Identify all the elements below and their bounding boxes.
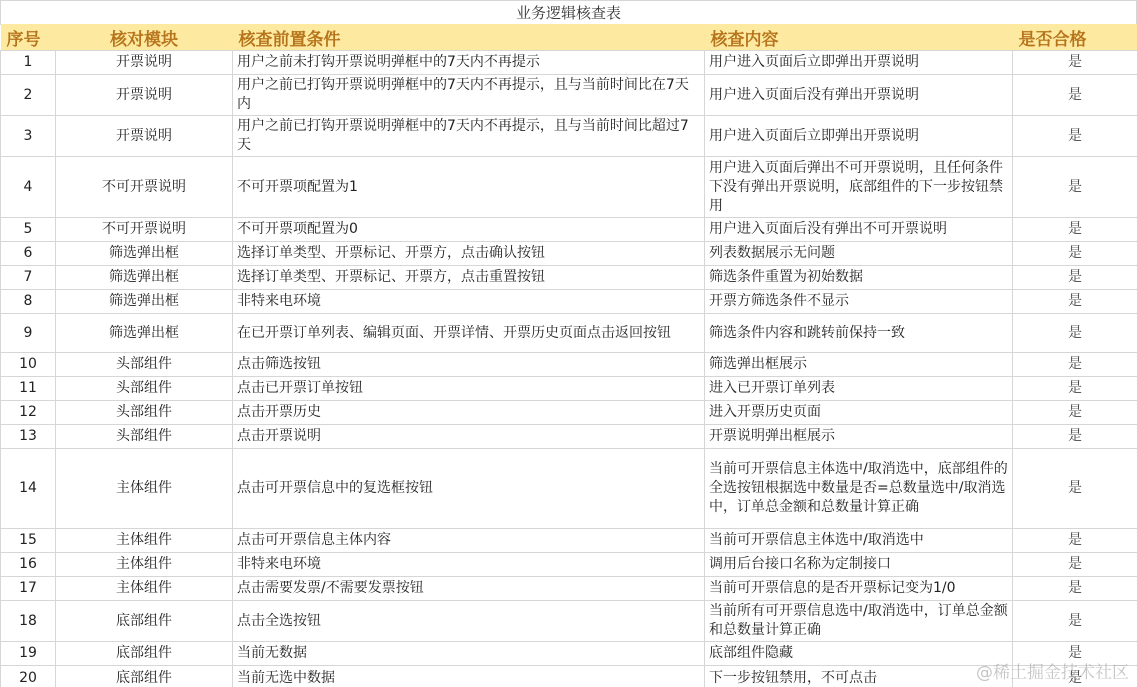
row-pass[interactable]: 是	[1013, 75, 1137, 116]
row-module[interactable]: 筛选弹出框	[56, 290, 233, 314]
table-row: 10头部组件点击筛选按钮筛选弹出框展示是	[1, 353, 1137, 377]
table-row: 3开票说明用户之前已打钩开票说明弹框中的7天内不再提示，且与当前时间比超过7天用…	[1, 116, 1137, 157]
table-body: 1开票说明用户之前未打钩开票说明弹框中的7天内不再提示用户进入页面后立即弹出开票…	[1, 51, 1137, 687]
row-content[interactable]: 当前可开票信息主体选中/取消选中	[705, 529, 1013, 553]
row-module[interactable]: 不可开票说明	[56, 218, 233, 242]
row-content[interactable]: 进入开票历史页面	[705, 401, 1013, 425]
row-precondition[interactable]: 点击开票说明	[233, 425, 705, 449]
row-number[interactable]: 20	[1, 666, 56, 687]
row-module[interactable]: 底部组件	[56, 642, 233, 666]
row-precondition[interactable]: 当前无数据	[233, 642, 705, 666]
table-row: 16主体组件非特来电环境调用后台接口名称为定制接口是	[1, 553, 1137, 577]
table-row: 6筛选弹出框选择订单类型、开票标记、开票方，点击确认按钮列表数据展示无问题是	[1, 242, 1137, 266]
row-number[interactable]: 12	[1, 401, 56, 425]
row-pass[interactable]: 是	[1013, 449, 1137, 529]
row-precondition[interactable]: 非特来电环境	[233, 290, 705, 314]
table-row: 1开票说明用户之前未打钩开票说明弹框中的7天内不再提示用户进入页面后立即弹出开票…	[1, 51, 1137, 75]
table-row: 13头部组件点击开票说明开票说明弹出框展示是	[1, 425, 1137, 449]
row-precondition[interactable]: 点击可开票信息主体内容	[233, 529, 705, 553]
row-number[interactable]: 2	[1, 75, 56, 116]
row-pass[interactable]: 是	[1013, 116, 1137, 157]
row-number[interactable]: 3	[1, 116, 56, 157]
row-content[interactable]: 用户进入页面后没有弹出不可开票说明	[705, 218, 1013, 242]
row-precondition[interactable]: 用户之前已打钩开票说明弹框中的7天内不再提示，且与当前时间比在7天内	[233, 75, 705, 116]
table-row: 8筛选弹出框非特来电环境开票方筛选条件不显示是	[1, 290, 1137, 314]
row-pass[interactable]: 是	[1013, 401, 1137, 425]
row-content[interactable]: 当前可开票信息主体选中/取消选中，底部组件的全选按钮根据选中数量是否=总数量选中…	[705, 449, 1013, 529]
row-content[interactable]: 进入已开票订单列表	[705, 377, 1013, 401]
row-pass[interactable]: 是	[1013, 218, 1137, 242]
row-precondition[interactable]: 不可开票项配置为0	[233, 218, 705, 242]
row-pass[interactable]: 是	[1013, 290, 1137, 314]
row-module[interactable]: 底部组件	[56, 666, 233, 687]
row-content[interactable]: 筛选条件重置为初始数据	[705, 266, 1013, 290]
row-precondition[interactable]: 点击可开票信息中的复选框按钮	[233, 449, 705, 529]
row-number[interactable]: 11	[1, 377, 56, 401]
row-pass[interactable]: 是	[1013, 601, 1137, 642]
row-precondition[interactable]: 点击已开票订单按钮	[233, 377, 705, 401]
table-row: 4不可开票说明不可开票项配置为1用户进入页面后弹出不可开票说明，且任何条件下没有…	[1, 157, 1137, 218]
table-title: 业务逻辑核查表	[0, 0, 1137, 25]
row-pass[interactable]: 是	[1013, 666, 1137, 687]
row-number[interactable]: 13	[1, 425, 56, 449]
row-module[interactable]: 开票说明	[56, 51, 233, 75]
row-pass[interactable]: 是	[1013, 314, 1137, 353]
row-content[interactable]: 当前所有可开票信息选中/取消选中，订单总金额和总数量计算正确	[705, 601, 1013, 642]
row-module[interactable]: 底部组件	[56, 601, 233, 642]
row-number[interactable]: 15	[1, 529, 56, 553]
row-pass[interactable]: 是	[1013, 157, 1137, 218]
row-number[interactable]: 19	[1, 642, 56, 666]
row-content[interactable]: 列表数据展示无问题	[705, 242, 1013, 266]
row-number[interactable]: 17	[1, 577, 56, 601]
header-no: 序号	[1, 24, 56, 51]
row-module[interactable]: 主体组件	[56, 577, 233, 601]
header-module: 核对模块	[56, 24, 233, 51]
row-pass[interactable]: 是	[1013, 266, 1137, 290]
spreadsheet: 业务逻辑核查表 序号 核对模块 核查前置条件 核查内容 是否合格 1开票说明用户…	[0, 0, 1137, 687]
row-module[interactable]: 头部组件	[56, 377, 233, 401]
row-module[interactable]: 不可开票说明	[56, 157, 233, 218]
row-pass[interactable]: 是	[1013, 577, 1137, 601]
row-precondition[interactable]: 点击需要发票/不需要发票按钮	[233, 577, 705, 601]
row-module[interactable]: 筛选弹出框	[56, 242, 233, 266]
row-precondition[interactable]: 不可开票项配置为1	[233, 157, 705, 218]
row-pass[interactable]: 是	[1013, 642, 1137, 666]
row-precondition[interactable]: 点击全选按钮	[233, 601, 705, 642]
row-pass[interactable]: 是	[1013, 353, 1137, 377]
table-row: 12头部组件点击开票历史进入开票历史页面是	[1, 401, 1137, 425]
row-number[interactable]: 7	[1, 266, 56, 290]
header-pass: 是否合格	[1013, 24, 1137, 51]
row-number[interactable]: 5	[1, 218, 56, 242]
row-module[interactable]: 筛选弹出框	[56, 266, 233, 290]
row-content[interactable]: 开票方筛选条件不显示	[705, 290, 1013, 314]
row-module[interactable]: 开票说明	[56, 116, 233, 157]
row-precondition[interactable]: 选择订单类型、开票标记、开票方，点击确认按钮	[233, 242, 705, 266]
row-number[interactable]: 4	[1, 157, 56, 218]
row-number[interactable]: 16	[1, 553, 56, 577]
row-content[interactable]: 当前可开票信息的是否开票标记变为1/0	[705, 577, 1013, 601]
row-number[interactable]: 1	[1, 51, 56, 75]
row-content[interactable]: 用户进入页面后立即弹出开票说明	[705, 116, 1013, 157]
row-number[interactable]: 6	[1, 242, 56, 266]
row-number[interactable]: 10	[1, 353, 56, 377]
row-pass[interactable]: 是	[1013, 553, 1137, 577]
row-precondition[interactable]: 用户之前未打钩开票说明弹框中的7天内不再提示	[233, 51, 705, 75]
row-module[interactable]: 头部组件	[56, 353, 233, 377]
row-content[interactable]: 筛选弹出框展示	[705, 353, 1013, 377]
table-row: 7筛选弹出框选择订单类型、开票标记、开票方，点击重置按钮筛选条件重置为初始数据是	[1, 266, 1137, 290]
row-content[interactable]: 开票说明弹出框展示	[705, 425, 1013, 449]
table-row: 14主体组件点击可开票信息中的复选框按钮当前可开票信息主体选中/取消选中，底部组…	[1, 449, 1137, 529]
row-module[interactable]: 开票说明	[56, 75, 233, 116]
row-module[interactable]: 主体组件	[56, 553, 233, 577]
row-precondition[interactable]: 非特来电环境	[233, 553, 705, 577]
header-content: 核查内容	[705, 24, 1013, 51]
table-row: 15主体组件点击可开票信息主体内容当前可开票信息主体选中/取消选中是	[1, 529, 1137, 553]
row-precondition[interactable]: 用户之前已打钩开票说明弹框中的7天内不再提示，且与当前时间比超过7天	[233, 116, 705, 157]
row-precondition[interactable]: 当前无选中数据	[233, 666, 705, 687]
row-precondition[interactable]: 点击筛选按钮	[233, 353, 705, 377]
row-precondition[interactable]: 在已开票订单列表、编辑页面、开票详情、开票历史页面点击返回按钮	[233, 314, 705, 353]
row-number[interactable]: 9	[1, 314, 56, 353]
row-content[interactable]: 底部组件隐藏	[705, 642, 1013, 666]
table-row: 9筛选弹出框在已开票订单列表、编辑页面、开票详情、开票历史页面点击返回按钮筛选条…	[1, 314, 1137, 353]
table-row: 5不可开票说明不可开票项配置为0用户进入页面后没有弹出不可开票说明是	[1, 218, 1137, 242]
row-content[interactable]: 用户进入页面后弹出不可开票说明，且任何条件下没有弹出开票说明，底部组件的下一步按…	[705, 157, 1013, 218]
row-content[interactable]: 用户进入页面后没有弹出开票说明	[705, 75, 1013, 116]
row-pass[interactable]: 是	[1013, 377, 1137, 401]
row-precondition[interactable]: 点击开票历史	[233, 401, 705, 425]
row-content[interactable]: 用户进入页面后立即弹出开票说明	[705, 51, 1013, 75]
check-table: 序号 核对模块 核查前置条件 核查内容 是否合格 1开票说明用户之前未打钩开票说…	[0, 24, 1137, 687]
header-row: 序号 核对模块 核查前置条件 核查内容 是否合格	[1, 24, 1137, 51]
row-module[interactable]: 头部组件	[56, 425, 233, 449]
table-row: 2开票说明用户之前已打钩开票说明弹框中的7天内不再提示，且与当前时间比在7天内用…	[1, 75, 1137, 116]
row-pass[interactable]: 是	[1013, 242, 1137, 266]
table-row: 20底部组件当前无选中数据下一步按钮禁用，不可点击是	[1, 666, 1137, 687]
row-content[interactable]: 筛选条件内容和跳转前保持一致	[705, 314, 1013, 353]
row-number[interactable]: 8	[1, 290, 56, 314]
row-module[interactable]: 主体组件	[56, 449, 233, 529]
header-precondition: 核查前置条件	[233, 24, 705, 51]
row-module[interactable]: 筛选弹出框	[56, 314, 233, 353]
row-pass[interactable]: 是	[1013, 425, 1137, 449]
row-content[interactable]: 调用后台接口名称为定制接口	[705, 553, 1013, 577]
table-row: 18底部组件点击全选按钮当前所有可开票信息选中/取消选中，订单总金额和总数量计算…	[1, 601, 1137, 642]
row-number[interactable]: 18	[1, 601, 56, 642]
row-module[interactable]: 头部组件	[56, 401, 233, 425]
row-pass[interactable]: 是	[1013, 529, 1137, 553]
table-row: 19底部组件当前无数据底部组件隐藏是	[1, 642, 1137, 666]
row-content[interactable]: 下一步按钮禁用，不可点击	[705, 666, 1013, 687]
row-precondition[interactable]: 选择订单类型、开票标记、开票方，点击重置按钮	[233, 266, 705, 290]
table-row: 17主体组件点击需要发票/不需要发票按钮当前可开票信息的是否开票标记变为1/0是	[1, 577, 1137, 601]
row-module[interactable]: 主体组件	[56, 529, 233, 553]
row-number[interactable]: 14	[1, 449, 56, 529]
table-row: 11头部组件点击已开票订单按钮进入已开票订单列表是	[1, 377, 1137, 401]
row-pass[interactable]: 是	[1013, 51, 1137, 75]
